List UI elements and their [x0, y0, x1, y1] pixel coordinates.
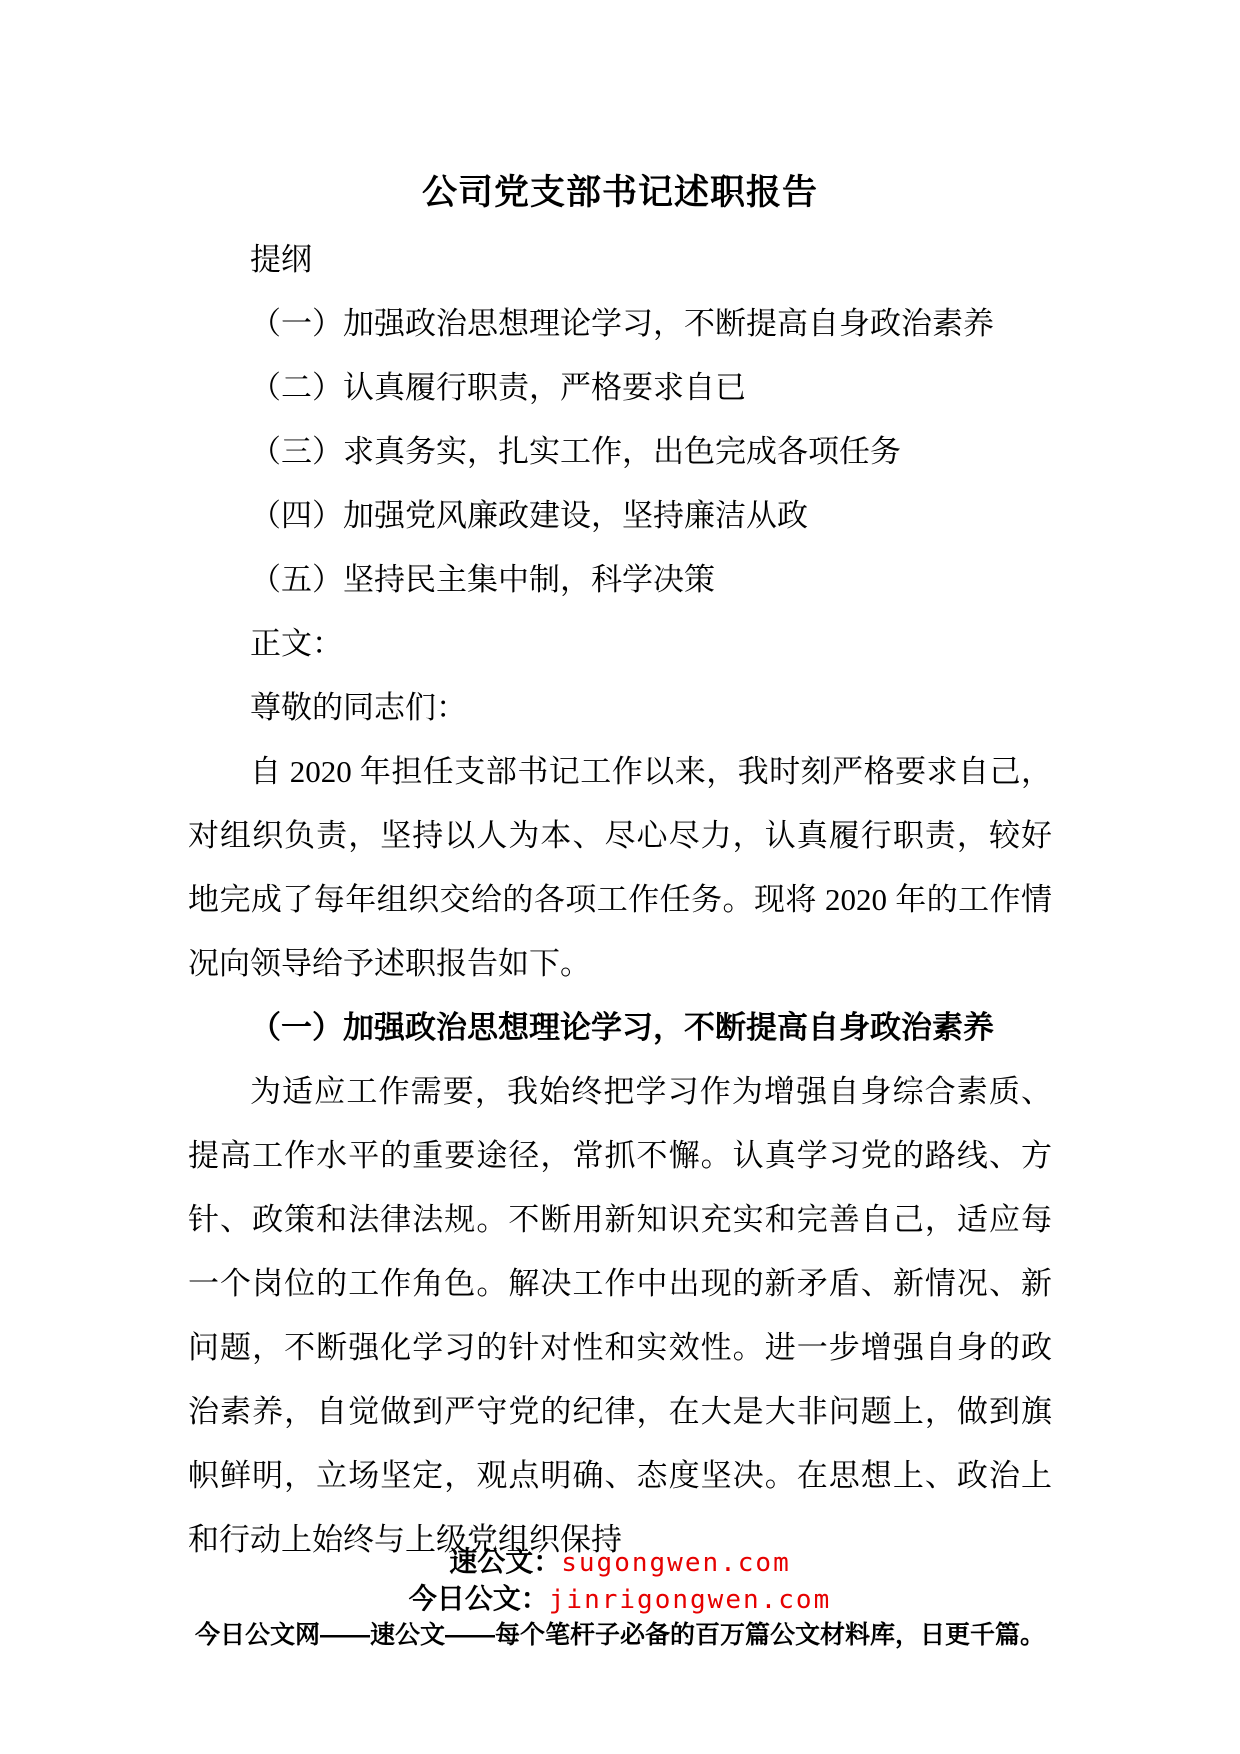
document-page: 公司党支部书记述职报告 提纲 （一）加强政治思想理论学习，不断提高自身政治素养 … — [0, 0, 1240, 1754]
footer-tagline-row: 今日公文网——速公文——每个笔杆子必备的百万篇公文材料库，日更千篇。 — [0, 1617, 1240, 1654]
outline-item-5: （五）坚持民主集中制，科学决策 — [188, 548, 1052, 612]
outline-label: 提纲 — [188, 228, 1052, 292]
body-label: 正文： — [188, 612, 1052, 676]
footer-site1-label: 速公文： — [449, 1546, 561, 1577]
outline-item-2: （二）认真履行职责，严格要求自已 — [188, 356, 1052, 420]
section-heading: （一）加强政治思想理论学习，不断提高自身政治素养 — [188, 996, 1052, 1060]
footer-site1-url-link[interactable]: sugongwen.com — [561, 1548, 791, 1578]
footer-site2-url-link[interactable]: jinrigongwen.com — [549, 1585, 831, 1615]
intro-paragraph: 自 2020 年担任支部书记工作以来，我时刻严格要求自己，对组织负责，坚持以人为… — [188, 740, 1052, 996]
document-body: 提纲 （一）加强政治思想理论学习，不断提高自身政治素养 （二）认真履行职责，严格… — [188, 228, 1052, 1572]
footer: 速公文：sugongwen.com 今日公文：jinrigongwen.com … — [0, 1543, 1240, 1654]
footer-site2-label: 今日公文： — [409, 1583, 549, 1614]
document-title: 公司党支部书记述职报告 — [0, 170, 1240, 216]
outline-item-4: （四）加强党风廉政建设，坚持廉洁从政 — [188, 484, 1052, 548]
footer-tagline: 今日公文网——速公文——每个笔杆子必备的百万篇公文材料库，日更千篇。 — [195, 1621, 1045, 1649]
salutation: 尊敬的同志们： — [188, 676, 1052, 740]
section-paragraph: 为适应工作需要，我始终把学习作为增强自身综合素质、提高工作水平的重要途径，常抓不… — [188, 1060, 1052, 1572]
outline-item-3: （三）求真务实，扎实工作，出色完成各项任务 — [188, 420, 1052, 484]
footer-site1-row: 速公文：sugongwen.com — [0, 1543, 1240, 1580]
footer-site2-row: 今日公文：jinrigongwen.com — [0, 1580, 1240, 1617]
outline-item-1: （一）加强政治思想理论学习，不断提高自身政治素养 — [188, 292, 1052, 356]
